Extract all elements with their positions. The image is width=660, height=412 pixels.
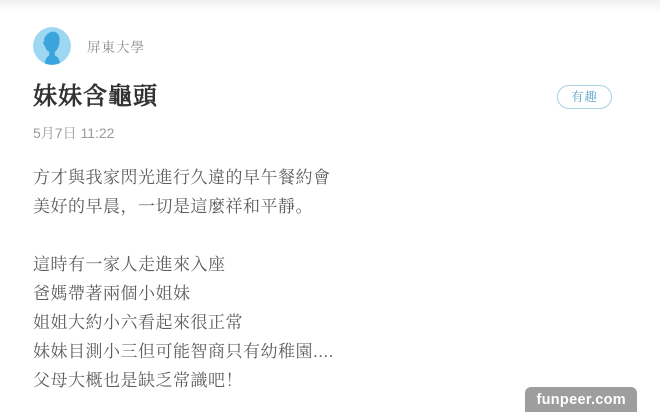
title-row: 妹妹含龜頭 有趣 — [33, 84, 612, 110]
body-line: 這時有一家人走進來入座 — [33, 250, 612, 279]
body-line: 姐姐大約小六看起來很正常 — [33, 308, 612, 337]
body-line: 妹妹目測小三但可能智商只有幼稚園.... — [33, 337, 612, 366]
post-title: 妹妹含龜頭 — [33, 84, 158, 110]
body-line: 美好的早晨，一切是這麼祥和平靜。 — [33, 192, 612, 221]
post-header: 屏東大學 — [33, 0, 612, 65]
person-silhouette-icon — [33, 27, 71, 65]
body-line-blank — [33, 221, 612, 250]
author-name: 屏東大學 — [87, 36, 145, 56]
reaction-badge[interactable]: 有趣 — [557, 85, 612, 110]
body-line: 方才與我家閃光進行久違的早午餐約會 — [33, 163, 612, 192]
post-body: 方才與我家閃光進行久違的早午餐約會 美好的早晨，一切是這麼祥和平靜。 這時有一家… — [33, 163, 612, 395]
body-line: 爸媽帶著兩個小姐妹 — [33, 279, 612, 308]
timestamp: 5月7日 11:22 — [33, 125, 612, 142]
watermark-badge: funpeer.com — [525, 387, 637, 412]
avatar — [33, 27, 71, 65]
post-page: 屏東大學 妹妹含龜頭 有趣 5月7日 11:22 方才與我家閃光進行久違的早午餐… — [0, 0, 660, 412]
